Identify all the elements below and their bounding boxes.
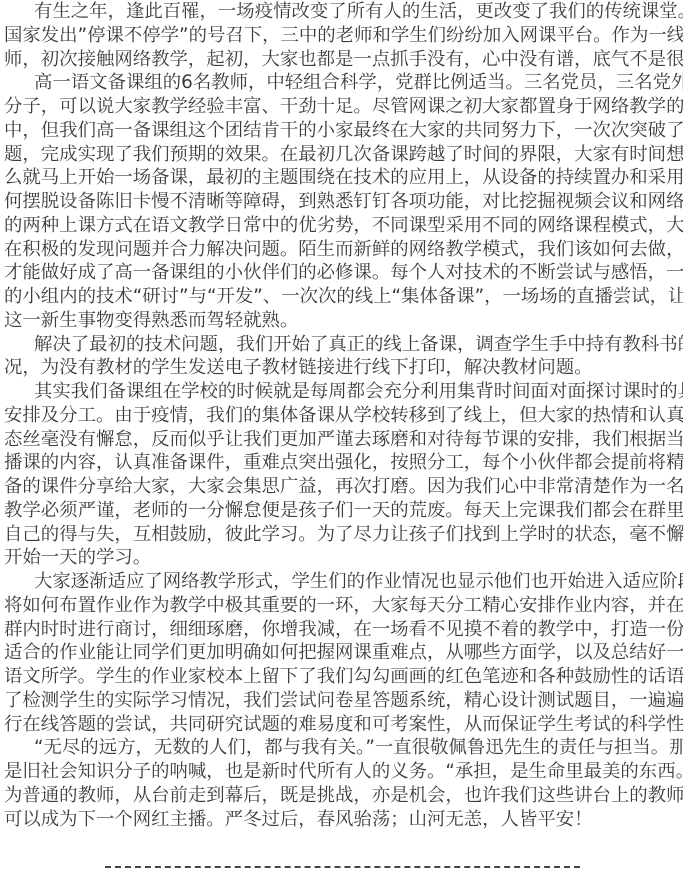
text-line: 备的课件分享给大家，大家会集思广益，再次打磨。因为我们心中非常清楚作为一名教师 [4, 475, 679, 499]
text-line: 在积极的发现问题并合力解决问题。陌生而新鲜的网络教学模式，我们该如何去做，怎么 [4, 238, 679, 262]
text-line: 了检测学生的实际学习情况，我们尝试问卷星答题系统，精心设计测试题目，一遍遍地进 [4, 689, 679, 713]
text-line: 国家发出”停课不停学”的号召下，三中的老师和学生们纷纷加入网课平台。作为一线教 [4, 24, 679, 48]
paragraph: 有生之年，逢此百罹，一场疫情改变了所有人的生活，更改变了我们的传统课堂。在 国家… [4, 0, 679, 71]
text-line: 为普通的教师，从台前走到幕后，既是挑战，亦是机会，也许我们这些讲台上的教师，也 [4, 784, 679, 808]
text-line: 教学必须严谨，老师的一分懈怠便是孩子们一天的荒废。每天上完课我们都会在群里分享 [4, 499, 679, 523]
text-line: 么就马上开始一场备课，最初的主题围绕在技术的应用上，从设备的持续置办和采用，如 [4, 166, 679, 190]
text-line: 高一语文备课组的6名教师，中轻组合科学，党群比例适当。三名党员，三名党外积极 [4, 71, 679, 95]
text-line: 中，但我们高一备课组这个团结肯干的小家最终在大家的共同努力下，一次次突破了难 [4, 119, 679, 143]
paragraph: 解决了最初的技术问题，我们开始了真正的线上备课，调查学生手中持有教科书的情 况，… [4, 333, 679, 381]
text-line: 解决了最初的技术问题，我们开始了真正的线上备课，调查学生手中持有教科书的情 [4, 333, 679, 357]
text-line: 才能做好成了高一备课组的小伙伴们的必修课。每个人对技术的不断尝试与感悟，一次次 [4, 261, 679, 285]
text-line: 行在线答题的尝试，共同研究试题的难易度和可考案性，从而保证学生考试的科学性。 [4, 713, 679, 737]
paragraph: 高一语文备课组的6名教师，中轻组合科学，党群比例适当。三名党员，三名党外积极 分… [4, 71, 679, 332]
text-line: 其实我们备课组在学校的时候就是每周都会充分利用集背时间面对面探讨课时的具体 [4, 380, 679, 404]
text-line: “无尽的远方，无数的人们，都与我有关。”一直很敬佩鲁迅先生的责任与担当。那不仅 [4, 736, 679, 760]
text-line: 播课的内容，认真准备课件，重难点突出强化，按照分工，每个小伙伴都会提前将精心准 [4, 451, 679, 475]
text-line: 是旧社会知识分子的呐喊，也是新时代所有人的义务。“承担，是生命里最美的东西。”作 [4, 760, 679, 784]
text-line: 安排及分工。由于疫情，我们的集体备课从学校转移到了线上，但大家的热情和认真的状 [4, 404, 679, 428]
text-line: 群内时时进行商讨，细细琢磨，你增我减，在一场看不见摸不着的教学中，打造一份适量 [4, 618, 679, 642]
text-line: 况，为没有教材的学生发送电子教材链接进行线下打印，解决教材问题。 [4, 356, 679, 380]
dashed-divider [105, 866, 580, 868]
text-line: 语文所学。学生的作业家校本上留下了我们勾勾画画的红色笔迹和各种鼓励性的话语。为 [4, 665, 679, 689]
text-line: 有生之年，逢此百罹，一场疫情改变了所有人的生活，更改变了我们的传统课堂。在 [4, 0, 679, 24]
text-line: 态丝毫没有懈怠，反而似乎让我们更加严谨去琢磨和对待每节课的安排，我们根据当天直 [4, 428, 679, 452]
paragraph: 大家逐渐适应了网络教学形式，学生们的作业情况也显示他们也开始进入适应阶段。 将如… [4, 570, 679, 736]
paragraph: 其实我们备课组在学校的时候就是每周都会充分利用集背时间面对面探讨课时的具体 安排… [4, 380, 679, 570]
text-line: 题，完成实现了我们预期的效果。在最初几次备课跨越了时间的界限，大家有时间想起什 [4, 143, 679, 167]
text-line: 大家逐渐适应了网络教学形式，学生们的作业情况也显示他们也开始进入适应阶段。 [4, 570, 679, 594]
article-body: 有生之年，逢此百罹，一场疫情改变了所有人的生活，更改变了我们的传统课堂。在 国家… [4, 0, 679, 831]
text-line: 的小组内的技术“研讨”与“开发”、一次次的线上“集体备课”，一场场的直播尝试，让… [4, 285, 679, 309]
text-line: 何摆脱设备陈旧卡慢不清晰等障碍，到熟悉钉钉各项功能，对比挖掘视频会议和网络直播 [4, 190, 679, 214]
text-line: 这一新生事物变得熟悉而驾轻就熟。 [4, 309, 679, 333]
text-line: 可以成为下一个网红主播。严冬过后，春风骀荡；山河无恙，人皆平安！ [4, 808, 679, 832]
text-line: 开始一天的学习。 [4, 546, 679, 570]
text-line: 适合的作业能让同学们更加明确如何把握网课重难点，从哪些方面学，以及总结好一天的 [4, 641, 679, 665]
text-line: 分子，可以说大家教学经验丰富、干劲十足。尽管网课之初大家都置身于网络教学的茫然 [4, 95, 679, 119]
text-line: 将如何布置作业作为教学中极其重要的一环，大家每天分工精心安排作业内容，并在钉钉 [4, 594, 679, 618]
text-line: 的两种上课方式在语文教学日常中的优劣势，不同课型采用不同的网络课程模式，大家都 [4, 214, 679, 238]
paragraph: “无尽的远方，无数的人们，都与我有关。”一直很敬佩鲁迅先生的责任与担当。那不仅 … [4, 736, 679, 831]
text-line: 师，初次接触网络教学，起初，大家也都是一点抓手没有，心中没有谱，底气不是很足。 [4, 48, 679, 72]
text-line: 自己的得与失，互相鼓励，彼此学习。为了尽力让孩子们找到上学时的状态，毫不懈怠的 [4, 523, 679, 547]
